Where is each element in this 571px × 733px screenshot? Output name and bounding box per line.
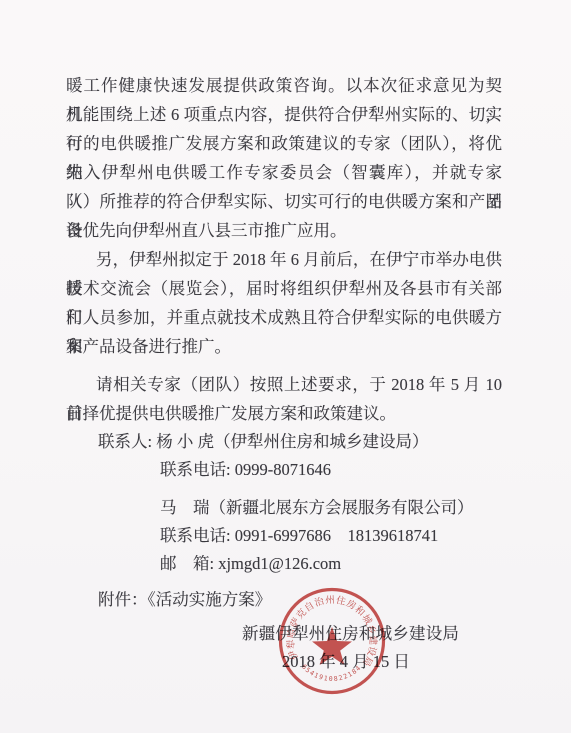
document-line: 前择优提供电供暖推广发展方案和政策建议。: [66, 399, 502, 428]
contact-person: 马 瑞（新疆北展东方会展服务有限公司）: [160, 494, 502, 522]
official-seal: 伊犁哈萨克自治州住房和城乡建设局 6541910822184: [274, 581, 390, 697]
document-line: 和人员参加，并重点就技术成熟且符合伊犁实际的电供暖方案: [66, 303, 502, 332]
document-line: 和产品设备进行推广。: [66, 332, 502, 361]
document-line: 队）所推荐的符合伊犁实际、切实可行的电供暖方案和产品设: [66, 187, 502, 216]
document-line: 行的电供暖推广发展方案和政策建议的专家（团队），将优先: [66, 129, 502, 158]
contact-block: 联系人: 杨 小 虎（伊犁州住房和城乡建设局） 联系电话: 0999-80716…: [66, 428, 502, 578]
contact-email: 邮 箱: xjmgd1@126.com: [160, 550, 502, 578]
document-page: 暖工作健康快速发展提供政策咨询。以本次征求意见为契机， 凡能围绕上述 6 项重点…: [0, 0, 571, 733]
star-icon: [312, 627, 352, 665]
document-line: 请相关专家（团队）按照上述要求，于 2018 年 5 月 10 日: [66, 370, 502, 399]
document-line: 另，伊犁州拟定于 2018 年 6 月前后，在伊宁市举办电供暖: [66, 245, 502, 274]
contact-phone: 联系电话: 0991-6997686 18139618741: [160, 522, 502, 550]
contact-phone: 联系电话: 0999-8071646: [160, 456, 502, 484]
document-line: 备优先向伊犁州直八县三市推广应用。: [66, 216, 502, 245]
document-line: 凡能围绕上述 6 项重点内容，提供符合伊犁州实际的、切实可: [66, 100, 502, 129]
seal-code-text: 6541910822184: [300, 663, 363, 683]
document-line: 纳入伊犁州电供暖工作专家委员会（智囊库），并就专家（团: [66, 158, 502, 187]
document-line: 技术交流会（展览会），届时将组织伊犁州及各县市有关部门: [66, 274, 502, 303]
document-line: 暖工作健康快速发展提供政策咨询。以本次征求意见为契机，: [66, 71, 502, 100]
contact-person: 联系人: 杨 小 虎（伊犁州住房和城乡建设局）: [98, 428, 502, 456]
